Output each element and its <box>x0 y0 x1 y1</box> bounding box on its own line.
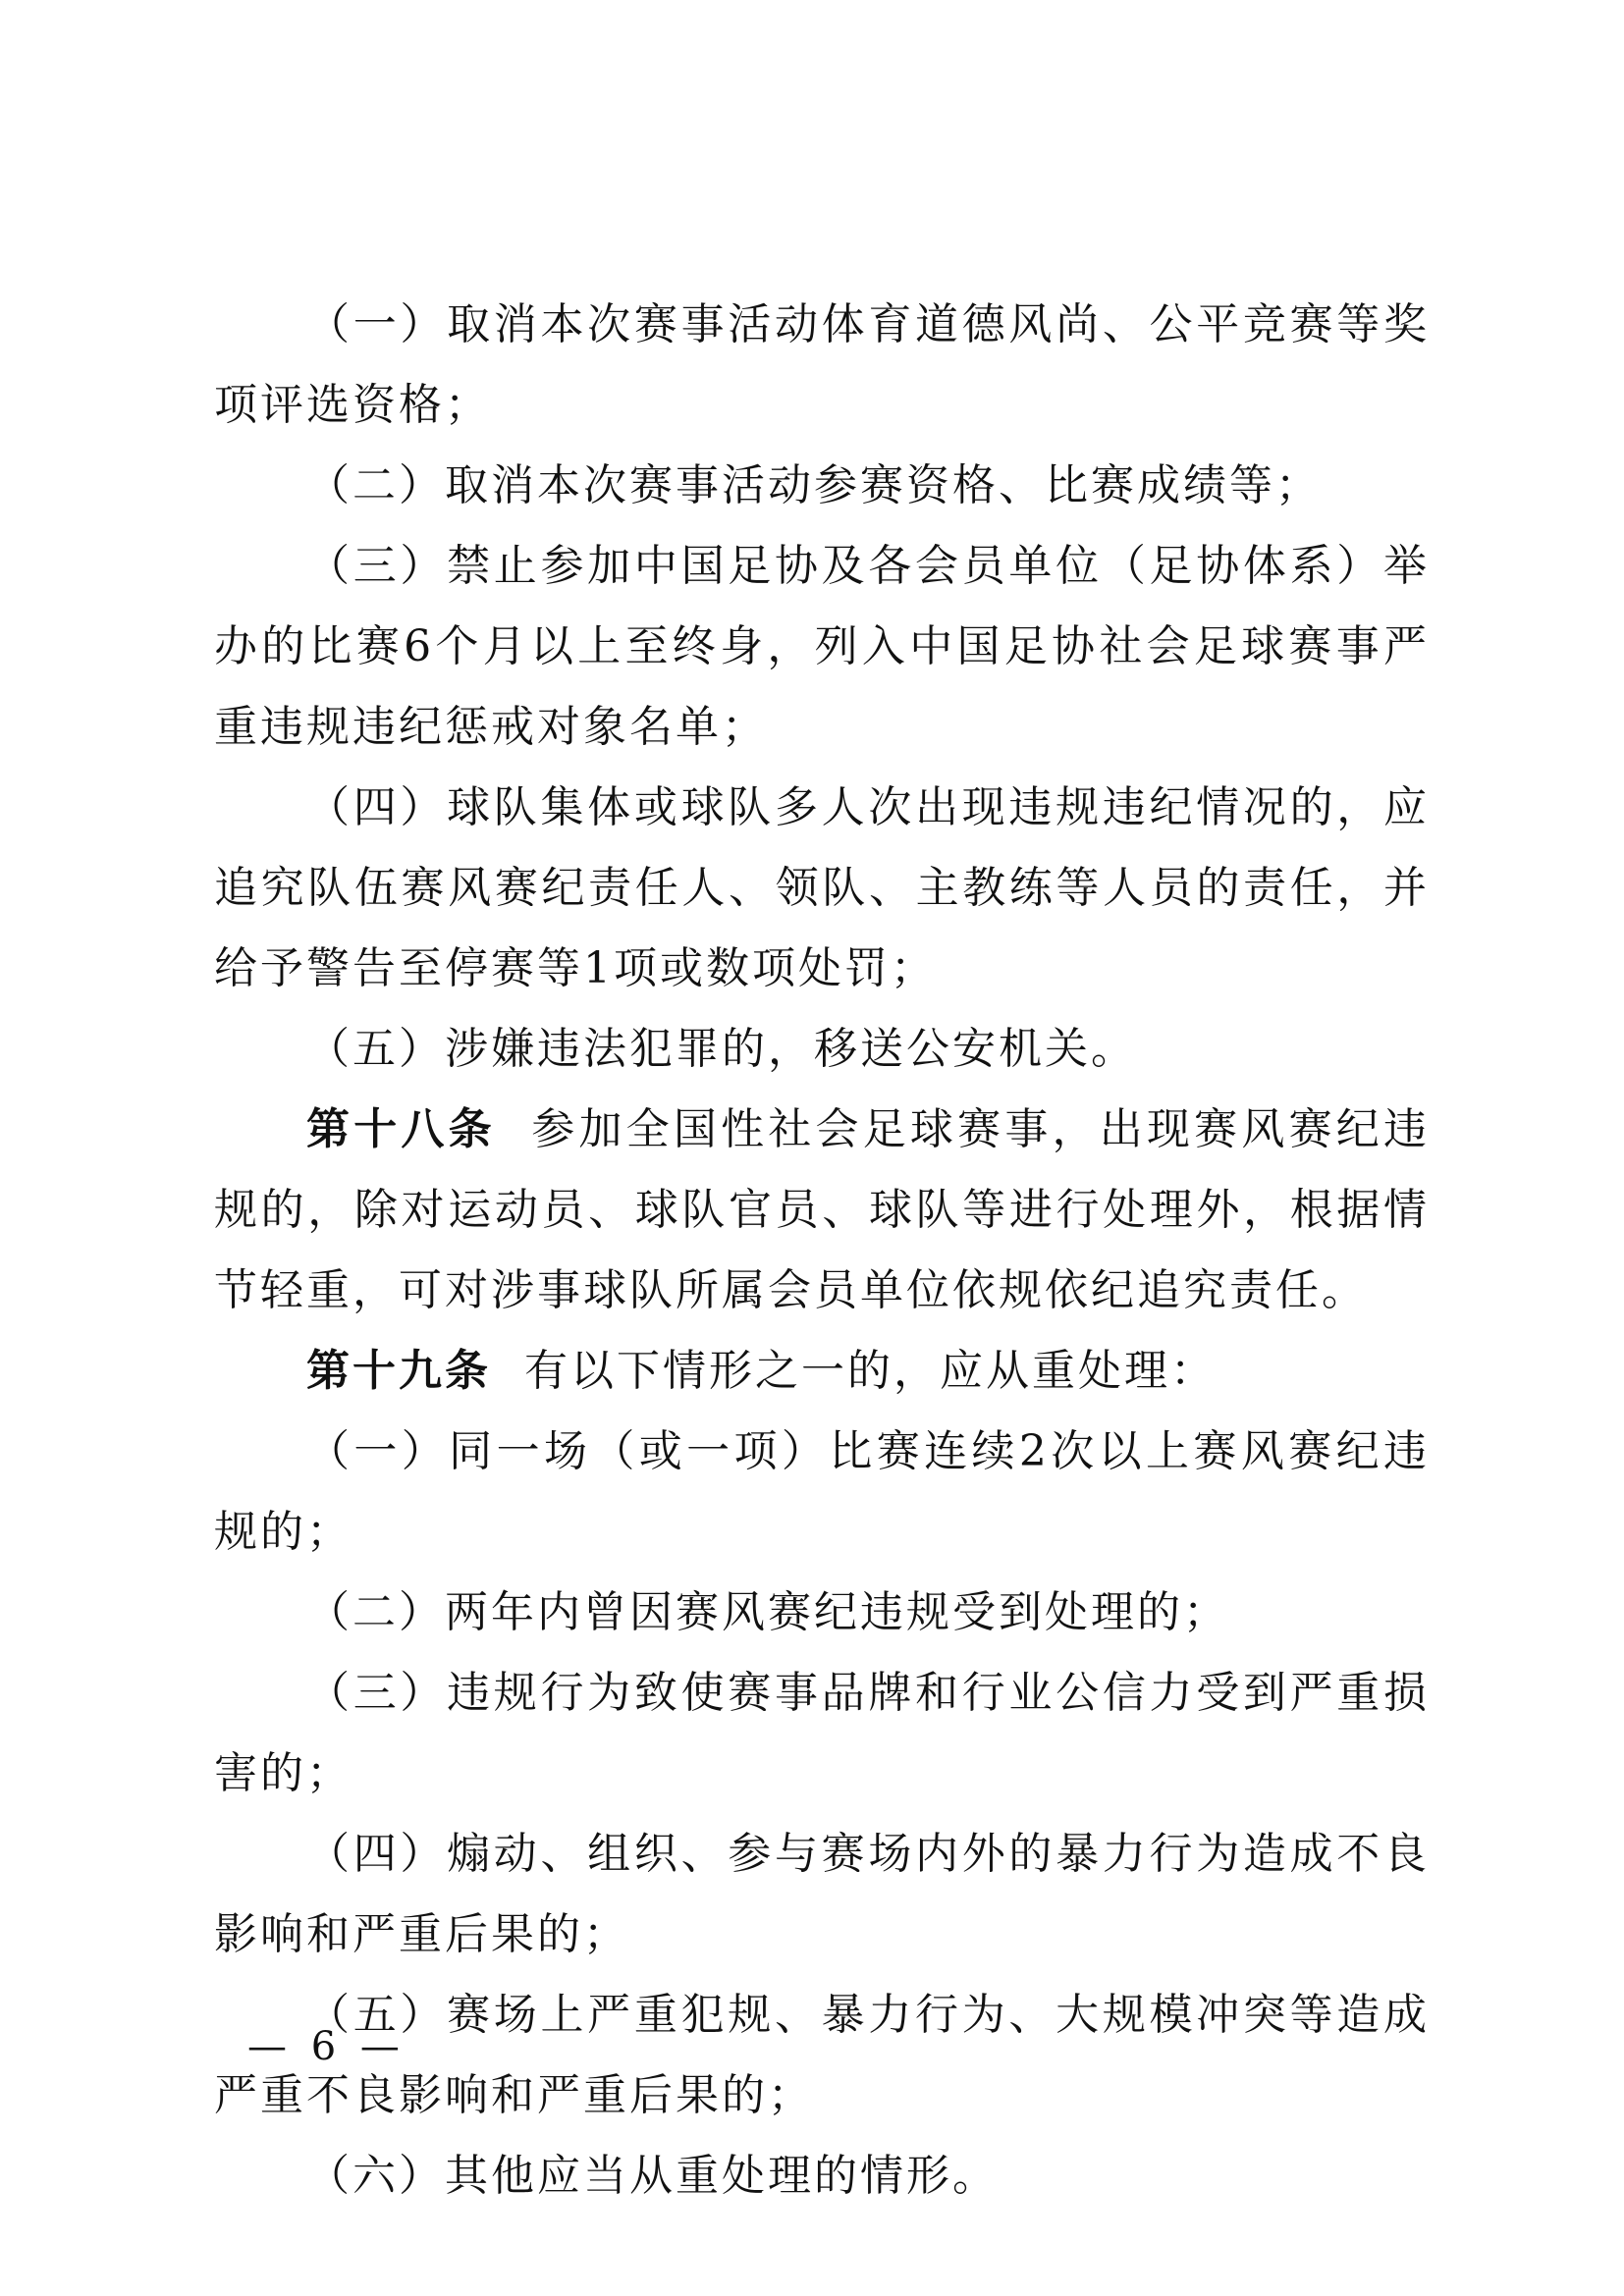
article-19: 第十九条 有以下情形之一的，应从重处理： <box>214 1331 1430 1412</box>
article-18-heading: 第十八条 <box>306 1104 496 1154</box>
paragraph-item-19-2: （二）两年内曾因赛风赛纪违规受到处理的； <box>214 1573 1430 1653</box>
paragraph-item-1: （一）取消本次赛事活动体育道德风尚、公平竞赛等奖项评选资格； <box>214 285 1430 446</box>
paragraph-item-3: （三）禁止参加中国足协及各会员单位（足协体系）举办的比赛6个月以上至终身，列入中… <box>214 526 1430 768</box>
document-page: （一）取消本次赛事活动体育道德风尚、公平竞赛等奖项评选资格； （二）取消本次赛事… <box>0 0 1624 2296</box>
paragraph-item-19-3: （三）违规行为致使赛事品牌和行业公信力受到严重损害的； <box>214 1653 1430 1814</box>
article-19-text: 有以下情形之一的，应从重处理： <box>524 1346 1217 1396</box>
paragraph-item-4: （四）球队集体或球队多人次出现违规违纪情况的，应追究队伍赛风赛纪责任人、领队、主… <box>214 768 1430 1009</box>
paragraph-item-19-4: （四）煽动、组织、参与赛场内外的暴力行为造成不良影响和严重后果的； <box>214 1814 1430 1975</box>
paragraph-item-2: （二）取消本次赛事活动参赛资格、比赛成绩等； <box>214 446 1430 526</box>
article-18: 第十八条 参加全国性社会足球赛事，出现赛风赛纪违规的，除对运动员、球队官员、球队… <box>214 1090 1430 1331</box>
article-19-heading: 第十九条 <box>306 1346 491 1396</box>
page-number: — 6 — <box>247 2024 406 2069</box>
paragraph-item-19-6: （六）其他应当从重处理的情形。 <box>214 2136 1430 2216</box>
paragraph-item-5: （五）涉嫌违法犯罪的，移送公安机关。 <box>214 1009 1430 1090</box>
document-body: （一）取消本次赛事活动体育道德风尚、公平竞赛等奖项评选资格； （二）取消本次赛事… <box>214 285 1430 2216</box>
paragraph-item-19-1: （一）同一场（或一项）比赛连续2次以上赛风赛纪违规的； <box>214 1412 1430 1573</box>
